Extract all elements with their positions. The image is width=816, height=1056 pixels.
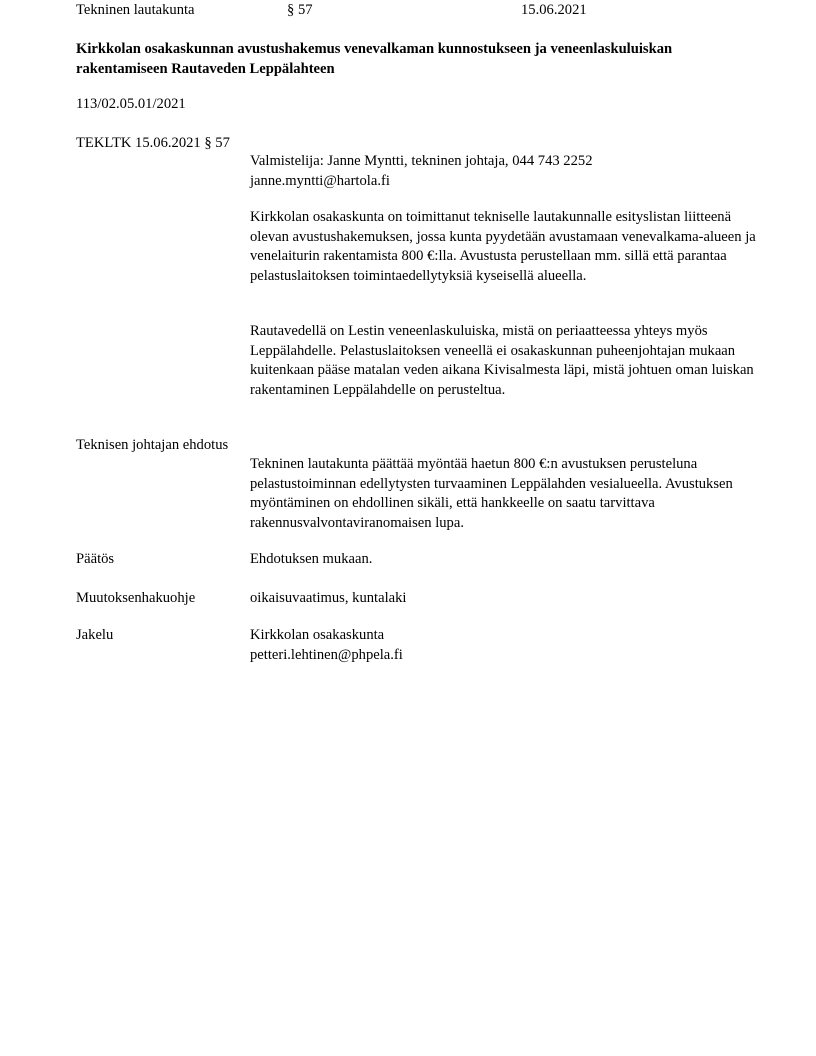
header-organ: Tekninen lautakunta — [76, 1, 195, 21]
appeal-text: oikaisuvaatimus, kuntalaki — [250, 589, 760, 609]
decision-text: Ehdotuksen mukaan. — [250, 550, 760, 570]
paragraph-2: Rautavedellä on Lestin veneenlaskuluiska… — [250, 322, 760, 400]
distribution-recipient: Kirkkolan osakaskunta — [250, 626, 760, 646]
diary-number: 113/02.05.01/2021 — [76, 95, 186, 115]
paragraph-text: Kirkkolan osakaskunta on toimittanut tek… — [250, 208, 760, 286]
document-title: Kirkkolan osakaskunnan avustushakemus ve… — [76, 39, 756, 79]
proposal-text: Tekninen lautakunta päättää myöntää haet… — [250, 455, 760, 533]
paragraph-1: Kirkkolan osakaskunta on toimittanut tek… — [250, 208, 760, 286]
paragraph-text: Rautavedellä on Lestin veneenlaskuluiska… — [250, 322, 760, 400]
meeting-reference: TEKLTK 15.06.2021 § 57 — [76, 134, 230, 154]
distribution-email: petteri.lehtinen@phpela.fi — [250, 646, 760, 666]
header-date: 15.06.2021 — [521, 1, 587, 21]
appeal-label: Muutoksenhakuohje — [76, 589, 195, 609]
distribution-label: Jakelu — [76, 626, 113, 646]
preparer-email: janne.myntti@hartola.fi — [250, 172, 760, 192]
distribution-block: Kirkkolan osakaskunta petteri.lehtinen@p… — [250, 626, 760, 665]
preparer-line: Valmistelija: Janne Myntti, tekninen joh… — [250, 152, 760, 172]
proposal-label: Teknisen johtajan ehdotus — [76, 436, 228, 456]
header-section: § 57 — [287, 1, 313, 21]
preparer-block: Valmistelija: Janne Myntti, tekninen joh… — [250, 152, 760, 191]
proposal-block: Tekninen lautakunta päättää myöntää haet… — [250, 455, 760, 533]
decision-label: Päätös — [76, 550, 114, 570]
